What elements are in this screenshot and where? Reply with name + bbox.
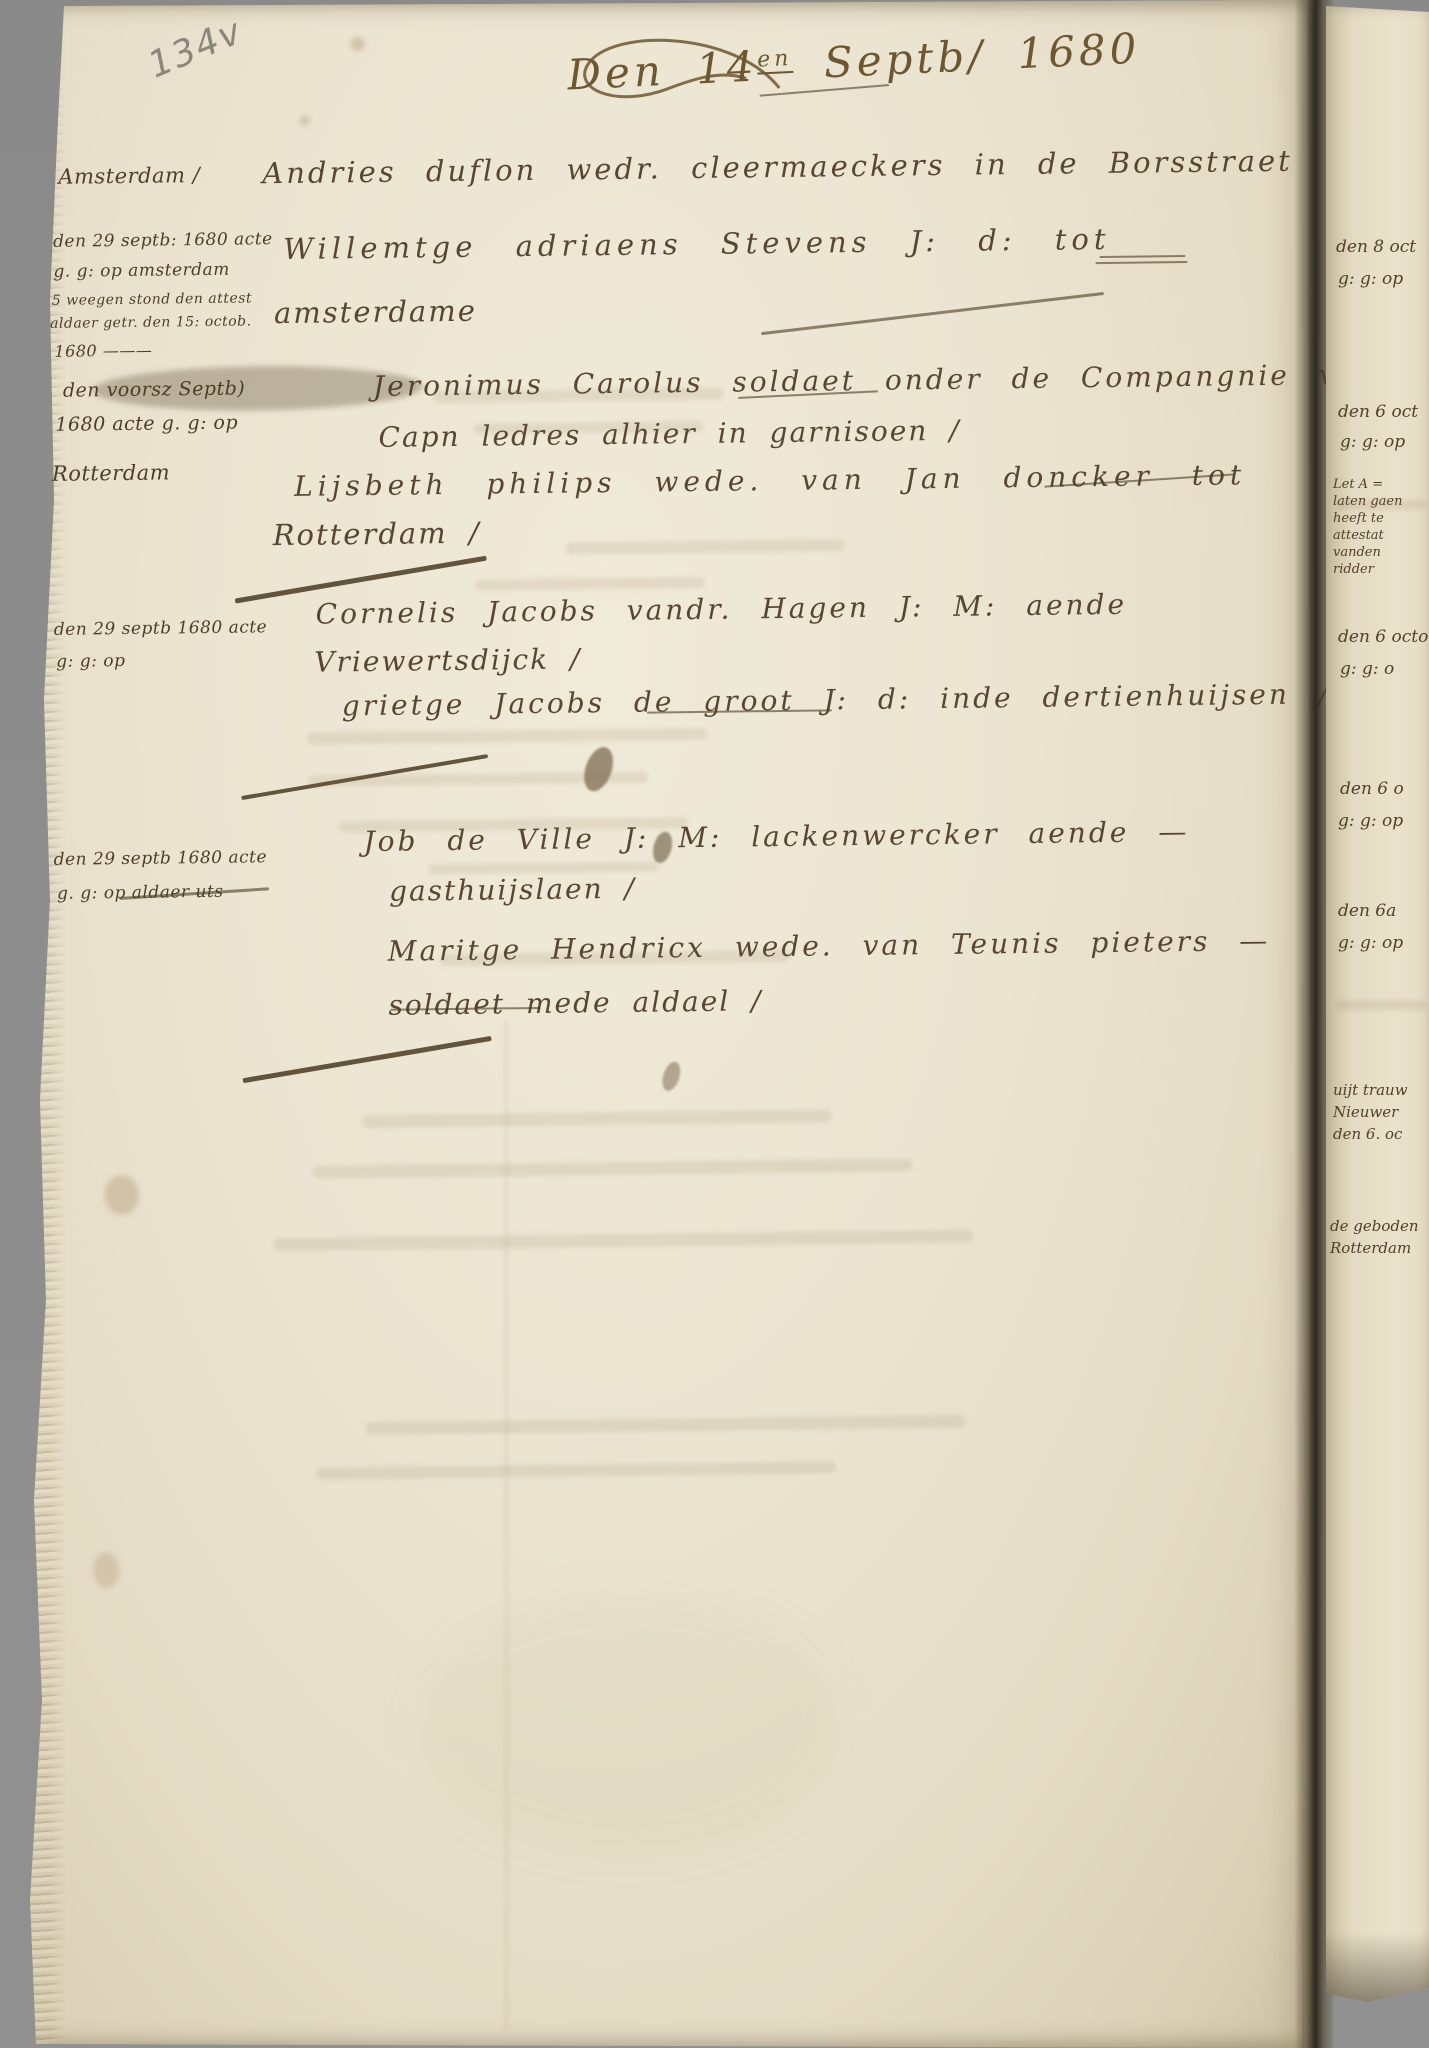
ink-bleedthrough [273,1230,973,1252]
entry2-body-line: Rotterdam / [273,518,481,552]
facing-note-line: den 8 oct [1336,238,1416,257]
entry1-margin-line: den 29 septb: 1680 acte [53,230,273,251]
facing-note-line: uijt trauw [1333,1082,1408,1099]
facing-note-line: den 6a [1338,902,1396,921]
heading-text: Den 14 [566,42,758,100]
entry3-body-line: grietge Jacobs de groot J: d: inde derti… [342,679,1332,722]
ink-blot [579,743,619,795]
entry3-body-line: Vriewertsdijck / [314,644,582,678]
water-stain [418,1591,841,1856]
entry1-margin-line: aldaer getr. den 15: octob. [50,314,252,332]
manuscript-photo: 134v Den 14en Septb/ 1680 Amsterdam / de… [0,0,1429,2048]
facing-page-sliver [1326,0,1429,2048]
word-strike [1099,255,1185,258]
entry4-body-line: soldaet mede aldael / [388,986,763,1021]
facing-note-line: Rotterdam [1330,1240,1411,1257]
heading-text-2: Septb/ 1680 [791,24,1141,89]
entry1-margin-line: g. g: op amsterdam [53,261,230,282]
facing-note-line: g: g: op [1340,433,1405,452]
ink-bleedthrough [1336,1000,1426,1010]
entry1-margin-line: Amsterdam / [58,164,200,189]
entry1-body-line: amsterdame [274,296,477,330]
facing-note-line: Let A = [1333,478,1383,492]
facing-note-line: den 6 octo [1338,628,1428,647]
facing-note-line: den 6. oc [1333,1126,1402,1143]
ink-blot [659,1060,683,1093]
ink-layer: 134v Den 14en Septb/ 1680 Amsterdam / de… [0,0,1429,2048]
ink-bleedthrough [475,577,705,591]
facing-note-line: attestat [1333,529,1384,543]
word-strike [1095,261,1187,264]
ink-bleedthrough [1336,500,1426,510]
ink-bleedthrough [433,388,723,404]
entry4-margin-line: den 29 septb 1680 acte [54,848,268,869]
entry3-margin-line: den 29 septb 1680 acte [54,618,268,639]
facing-note-line: g: g: op [1338,270,1403,289]
facing-note-line: g: g: op [1338,934,1403,953]
facing-note-line: heeft te [1333,512,1384,526]
facing-note-line: vanden [1333,546,1381,560]
facing-note-line: den 6 oct [1338,403,1418,422]
entry1-margin-line: 1680 ——— [54,342,152,361]
ink-bleedthrough [312,1158,912,1178]
ink-bleedthrough [307,728,707,745]
foxing-spot [300,116,310,126]
folio-number: 134v [143,12,249,86]
page-corner-shadow [1326,1914,1429,2004]
ink-bleedthrough [565,539,845,554]
foxing-spot [93,1552,119,1588]
entry4-body-line: gasthuijslaen / [389,874,636,908]
entry1-body-line: Willemtge adriaens Stevens J: d: tot [283,224,1111,266]
facing-note-line: ridder [1333,563,1374,577]
facing-note-line: g: g: op [1338,812,1403,831]
entry2-margin-line: Rotterdam [52,461,170,486]
facing-note-line: g: g: o [1340,660,1394,679]
ink-bleedthrough [366,1415,966,1435]
entry3-margin-line: g: g: op [56,652,125,672]
ink-bleedthrough [316,1461,836,1479]
foxing-spot [105,1175,139,1215]
facing-note-line: Nieuwer [1333,1104,1398,1121]
heading-superscript: en [757,46,793,75]
ink-smudge [93,364,424,412]
facing-note-line: de geboden [1330,1218,1419,1235]
ink-bleedthrough [362,1109,832,1128]
entry1-margin-line: 5 weegen stond den attest [52,291,252,309]
entry1-body-line: Andries duflon wedr. cleermaeckers in de… [262,146,1293,190]
facing-note-line: den 6 o [1340,780,1404,799]
entry2-margin-line: 1680 acte g. g: op [55,413,238,436]
entry3-body-line: Cornelis Jacobs vandr. Hagen J: M: aende [316,590,1128,631]
foxing-spot [351,37,365,51]
separator-stroke [243,1036,492,1083]
separator-stroke [761,292,1104,335]
